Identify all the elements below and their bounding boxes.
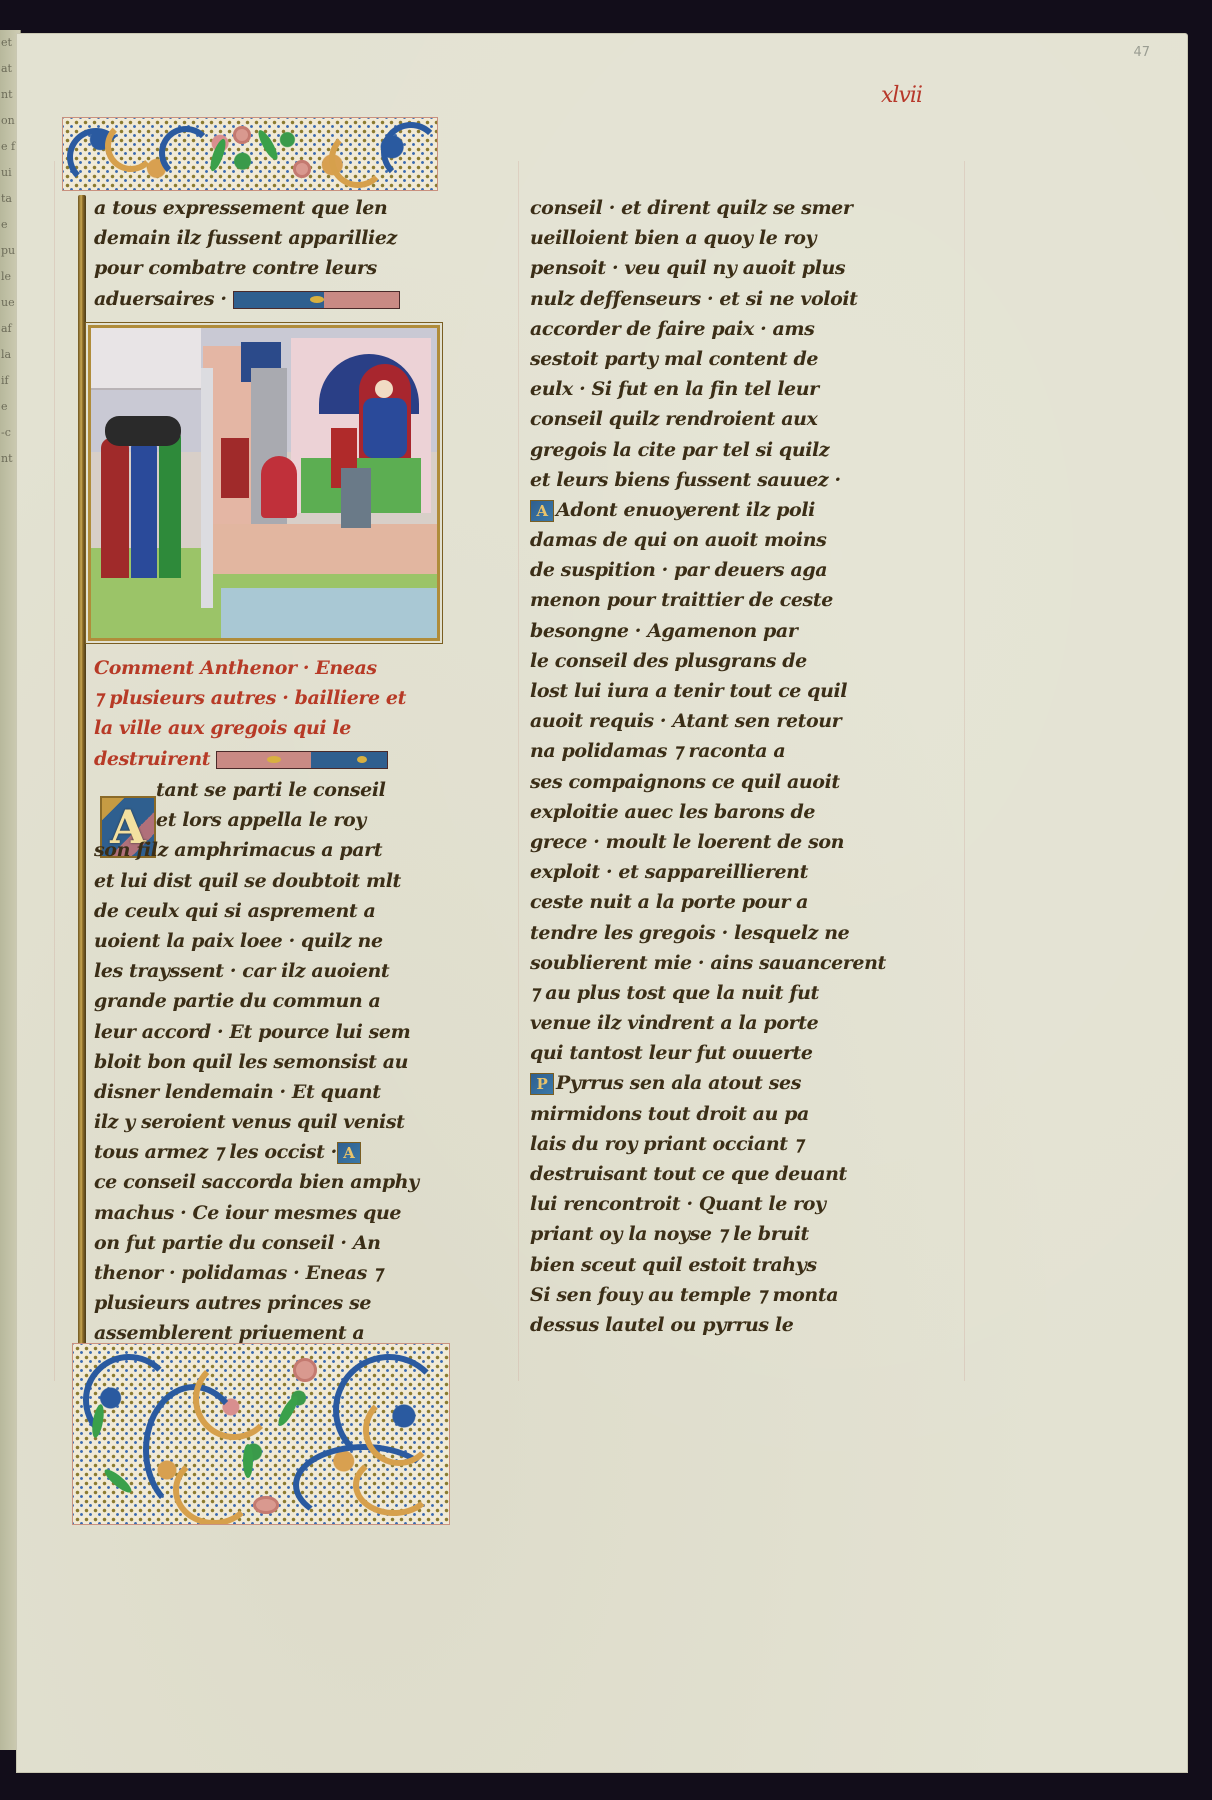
text-line: ceste nuit a la porte pour a <box>530 887 950 917</box>
text-line: leur accord · Et pource lui sem <box>94 1017 464 1047</box>
ruling-line <box>54 161 55 1381</box>
rubric-line: destruirent <box>94 744 454 774</box>
text-line: ses compaignons ce quil auoit <box>530 767 950 797</box>
text-line: nulz deffenseurs · et si ne voloit <box>530 284 950 314</box>
text-line: PPyrrus sen ala atout ses <box>530 1068 950 1098</box>
text-line: AAdont enuoyerent ilz poli <box>530 495 950 525</box>
text-line: on fut partie du conseil · An <box>94 1228 464 1258</box>
ruling-line <box>964 161 965 1381</box>
text-line: lui rencontroit · Quant le roy <box>530 1189 950 1219</box>
text-line: exploit · et sappareillierent <box>530 857 950 887</box>
text-line: mirmidons tout droit au pa <box>530 1099 950 1129</box>
text-line: demain ilz fussent apparilliez <box>94 223 454 253</box>
folio-number-rubric: xlvii <box>881 83 922 108</box>
text-line: de ceulx qui si asprement a <box>94 896 464 926</box>
text-line: les trayssent · car ilz auoient <box>94 956 464 986</box>
text-line: le conseil des plusgrans de <box>530 646 950 676</box>
text-line: et lui dist quil se doubtoit mlt <box>94 866 464 896</box>
illuminated-initial-small: A <box>337 1142 361 1164</box>
text-line: dessus lautel ou pyrrus le <box>530 1310 950 1340</box>
illuminated-initial-small: A <box>530 500 554 522</box>
text-line: soublierent mie · ains sauancerent <box>530 948 950 978</box>
rubric-line: Comment Anthenor · Eneas <box>94 653 454 683</box>
text-line: ce conseil saccorda bien amphy <box>94 1167 464 1197</box>
folio-number-pencil: 47 <box>1133 45 1150 60</box>
text-line: conseil · et dirent quilz se smer <box>530 193 950 223</box>
text-line: ueilloient bien a quoy le roy <box>530 223 950 253</box>
text-line: menon pour traittier de ceste <box>530 585 950 615</box>
bottom-floral-border <box>72 1343 450 1525</box>
leaf <box>255 128 281 162</box>
text-line: et lors appella le roy <box>94 805 464 835</box>
left-column-top: a tous expressement que len demain ilz f… <box>94 193 454 314</box>
text-line: ilz y seroient venus quil venist <box>94 1107 464 1137</box>
enthroned-king <box>363 398 407 458</box>
rubric-heading: Comment Anthenor · Eneas ⁊ plusieurs aut… <box>94 653 454 774</box>
miniature-painting <box>88 325 440 641</box>
text-line: auoit requis · Atant sen retour <box>530 706 950 736</box>
text-line: exploitie auec les barons de <box>530 797 950 827</box>
text-line: conseil quilz rendroient aux <box>530 404 950 434</box>
text-line: grece · moult le loerent de son <box>530 827 950 857</box>
text-line: pour combatre contre leurs <box>94 253 454 283</box>
leaf <box>102 1466 134 1496</box>
gilded-column-bar <box>78 195 86 1385</box>
leaf <box>275 1394 301 1428</box>
right-column: conseil · et dirent quilz se smer ueillo… <box>530 193 950 1340</box>
moat-water <box>221 588 437 638</box>
text-line: uoient la paix loee · quilz ne <box>94 926 464 956</box>
flower <box>293 160 311 178</box>
text-line: sestoit party mal content de <box>530 344 950 374</box>
illuminated-initial-small: P <box>530 1073 554 1095</box>
text-line: de suspition · par deuers aga <box>530 555 950 585</box>
acanthus-swirl <box>353 1454 435 1516</box>
castle-wall <box>91 328 201 390</box>
text-line: thenor · polidamas · Eneas ⁊ <box>94 1258 464 1288</box>
text-line: machus · Ce iour mesmes que <box>94 1198 464 1228</box>
soldier-blue <box>131 438 157 578</box>
flower <box>233 126 251 144</box>
rubric-line: la ville aux gregois qui le <box>94 713 454 743</box>
text-line: ⁊ au plus tost que la nuit fut <box>530 978 950 1008</box>
text-line: gregois la cite par tel si quilz <box>530 435 950 465</box>
text-line: na polidamas ⁊ raconta a <box>530 736 950 766</box>
text-line: priant oy la noyse ⁊ le bruit <box>530 1219 950 1249</box>
ruling-line <box>518 161 519 1381</box>
text-line: lost lui iura a tenir tout ce quil <box>530 676 950 706</box>
text-line: accorder de faire paix · ams <box>530 314 950 344</box>
line-filler <box>233 291 400 309</box>
acanthus-swirl <box>193 1358 275 1440</box>
text-line: tant se parti le conseil <box>94 775 464 805</box>
text-line: damas de qui on auoit moins <box>530 525 950 555</box>
soldier-red <box>101 438 129 578</box>
text-line: bloit bon quil les semonsist au <box>94 1047 464 1077</box>
text-line: plusieurs autres princes se <box>94 1288 464 1318</box>
flower <box>253 1496 279 1514</box>
helmets <box>105 416 181 446</box>
top-floral-border <box>62 117 438 191</box>
knight-grey <box>341 468 371 528</box>
leaf <box>243 1444 253 1478</box>
acanthus-swirl <box>329 130 387 188</box>
line-filler <box>216 751 388 769</box>
text-line: tendre les gregois · lesquelz ne <box>530 918 950 948</box>
text-line: destruisant tout ce que deuant <box>530 1159 950 1189</box>
text-line: a tous expressement que len <box>94 193 454 223</box>
acanthus-swirl <box>381 122 438 182</box>
text-line: aduersaires · <box>94 284 454 314</box>
text-line: disner lendemain · Et quant <box>94 1077 464 1107</box>
city-wall <box>211 524 437 574</box>
text-line: grande partie du commun a <box>94 986 464 1016</box>
text-line: Si sen fouy au temple ⁊ monta <box>530 1280 950 1310</box>
text-line: venue ilz vindrent a la porte <box>530 1008 950 1038</box>
king-head <box>375 380 393 398</box>
rubric-line: ⁊ plusieurs autres · bailliere et <box>94 683 454 713</box>
text-line: lais du roy priant occiant ⁊ <box>530 1129 950 1159</box>
flower <box>293 1358 317 1382</box>
acanthus-swirl <box>105 120 157 172</box>
acanthus-swirl <box>159 126 213 180</box>
text-line: bien sceut quil estoit trahys <box>530 1250 950 1280</box>
text-line: eulx · Si fut en la fin tel leur <box>530 374 950 404</box>
text-line: qui tantost leur fut ouuerte <box>530 1038 950 1068</box>
attacker-red <box>221 438 249 498</box>
text-line: son filz amphrimacus a part <box>94 835 464 865</box>
kneeling-queen <box>261 456 297 518</box>
text-line: pensoit · veu quil ny auoit plus <box>530 253 950 283</box>
soldier-green <box>159 428 181 578</box>
left-column-body: tant se parti le conseil et lors appella… <box>94 775 464 1349</box>
text-line: tous armez ⁊ les occist ·A <box>94 1137 464 1167</box>
gate-pillar <box>201 368 213 608</box>
manuscript-page: 47 xlvii a tous expressement que len dem… <box>16 33 1188 1773</box>
text-line: besongne · Agamenon par <box>530 616 950 646</box>
text-line: et leurs biens fussent sauuez · <box>530 465 950 495</box>
